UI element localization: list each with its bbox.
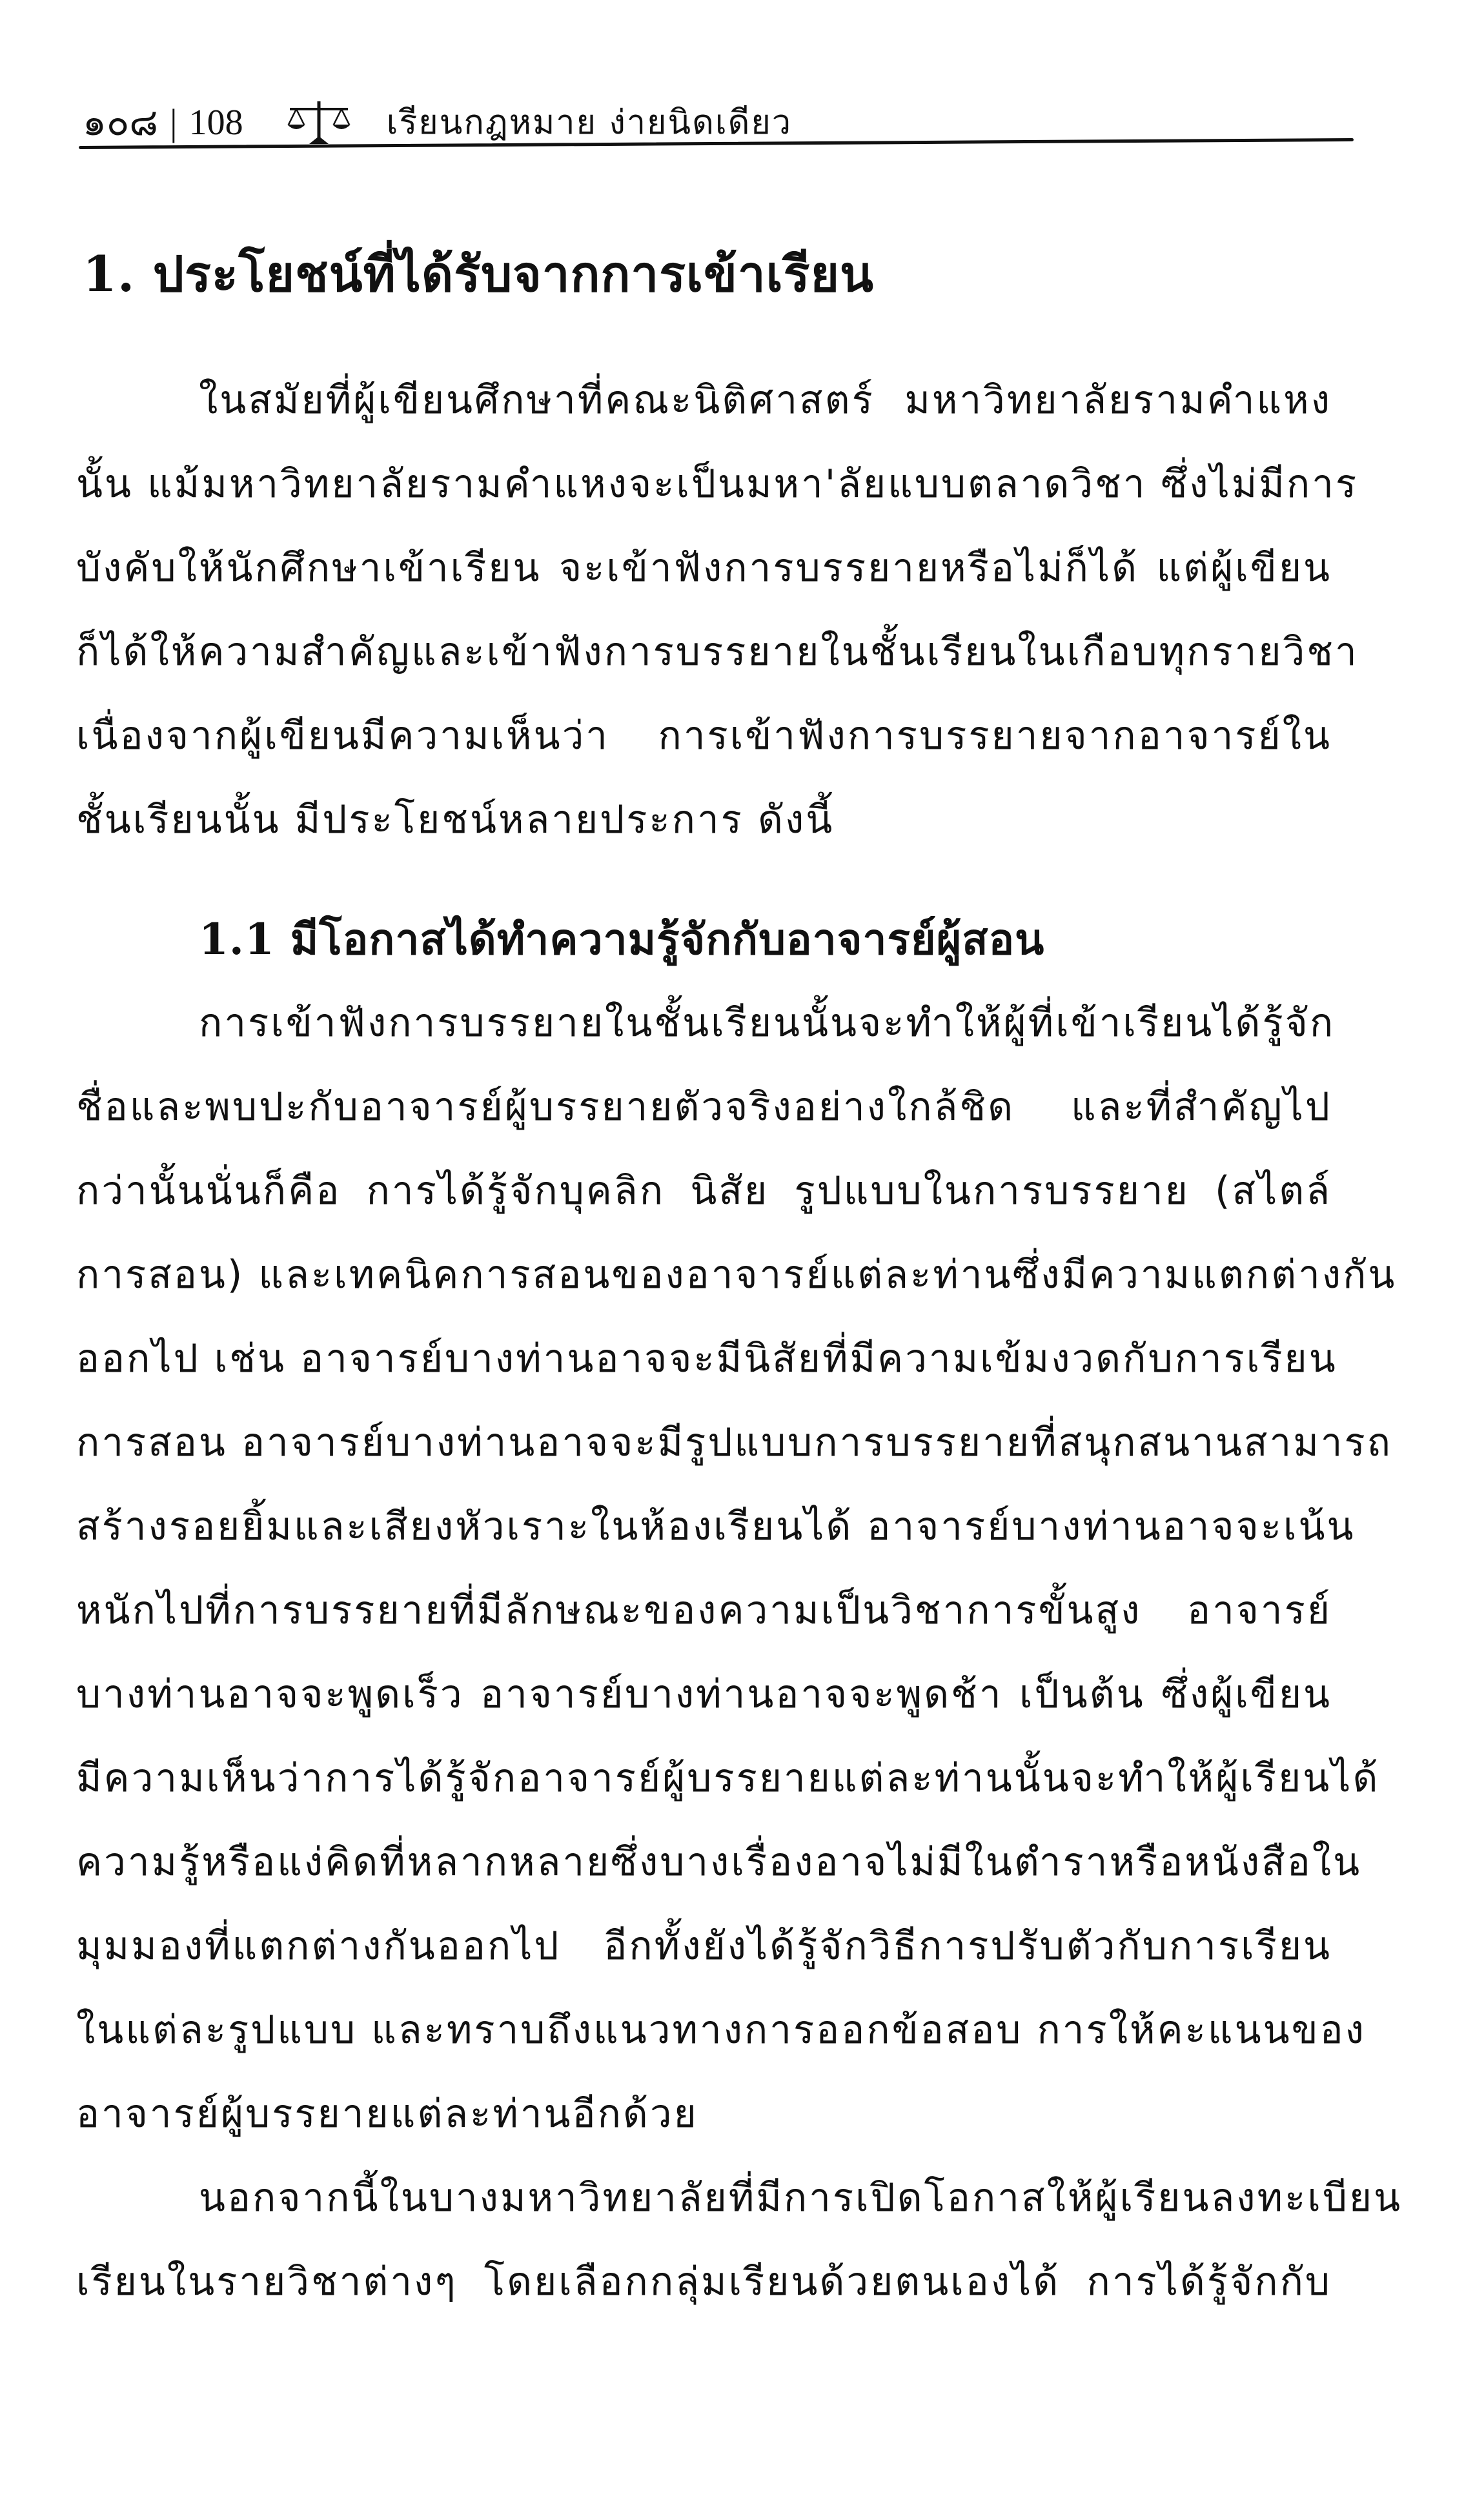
paragraph-line: อาจารย์ผู้บรรยายแต่ละท่านอีกด้วย xyxy=(76,2072,1332,2156)
paragraph-line: การสอน อาจารย์บางท่านอาจจะมีรูปแบบการบรร… xyxy=(76,1401,1332,1485)
paragraph-line: การสอน) และเทคนิคการสอนของอาจารย์แต่ละท่… xyxy=(76,1233,1332,1317)
page-number-thai: ๑๐๘ xyxy=(83,100,158,145)
paragraph-line: บางท่านอาจจะพูดเร็ว อาจารย์บางท่านอาจจะพ… xyxy=(76,1652,1332,1736)
running-head: ๑๐๘ | 108 เรียนกฎหมาย ง่ายนิดเดียว xyxy=(83,94,1352,145)
paragraph-line: การเข้าฟังการบรรยายในชั้นเรียนนั้นจะทำให… xyxy=(199,981,1332,1065)
paragraph-line: มุมมองที่แตกต่างกันออกไป อีกทั้งยังได้รู… xyxy=(76,1904,1332,1988)
paragraph-line: สร้างรอยยิ้มและเสียงหัวเราะในห้องเรียนได… xyxy=(76,1485,1332,1569)
paragraph-line: กว่านั้นนั่นก็คือ การได้รู้จักบุคลิก นิส… xyxy=(76,1149,1332,1233)
paragraph-line: เนื่องจากผู้เขียนมีความเห็นว่า การเข้าฟั… xyxy=(76,694,1332,778)
section-heading: 1. ประโยชน์ที่ได้รับจากการเข้าเรียน xyxy=(83,232,874,316)
paragraph-line: บังคับให้นักศึกษาเข้าเรียน จะเข้าฟังการบ… xyxy=(76,526,1332,610)
paragraph-line: ความรู้หรือแง่คิดที่หลากหลายซึ่งบางเรื่อ… xyxy=(76,1820,1332,1904)
book-page: ๑๐๘ | 108 เรียนกฎหมาย ง่ายนิดเดียว 1. ปร… xyxy=(0,0,1464,2520)
paragraph-line: ก็ได้ให้ความสำคัญและเข้าฟังการบรรยายในชั… xyxy=(76,610,1332,694)
scales-of-justice-icon xyxy=(283,99,354,145)
page-number-arabic: 108 xyxy=(189,100,243,145)
page-number-separator: | xyxy=(170,100,178,145)
paragraph-line: ชื่อและพบปะกับอาจารย์ผู้บรรยายตัวจริงอย่… xyxy=(76,1065,1332,1149)
paragraph-line: นอกจากนี้ในบางมหาวิทยาลัยที่มีการเปิดโอก… xyxy=(199,2156,1332,2240)
book-title: เรียนกฎหมาย ง่ายนิดเดียว xyxy=(387,100,792,145)
paragraph-line: นั้น แม้มหาวิทยาลัยรามคำแหงจะเป็นมหา'ลัย… xyxy=(76,442,1332,526)
paragraph-line: ชั้นเรียนนั้น มีประโยชน์หลายประการ ดังนี… xyxy=(76,778,1332,862)
paragraph-line: มีความเห็นว่าการได้รู้จักอาจารย์ผู้บรรยา… xyxy=(76,1736,1332,1820)
paragraph-line: ในสมัยที่ผู้เขียนศึกษาที่คณะนิติศาสตร์ ม… xyxy=(199,358,1332,442)
subsection-heading: 1.1 มีโอกาสได้ทำความรู้จักกับอาจารย์ผู้ส… xyxy=(199,897,1044,981)
paragraph-line: เรียนในรายวิชาต่างๆ โดยเลือกกลุ่มเรียนด้… xyxy=(76,2240,1332,2324)
paragraph-line: หนักไปที่การบรรยายที่มีลักษณะของความเป็น… xyxy=(76,1569,1332,1652)
paragraph-line: ออกไป เช่น อาจารย์บางท่านอาจจะมีนิสัยที่… xyxy=(76,1317,1332,1401)
paragraph-line: ในแต่ละรูปแบบ และทราบถึงแนวทางการออกข้อส… xyxy=(76,1988,1332,2072)
